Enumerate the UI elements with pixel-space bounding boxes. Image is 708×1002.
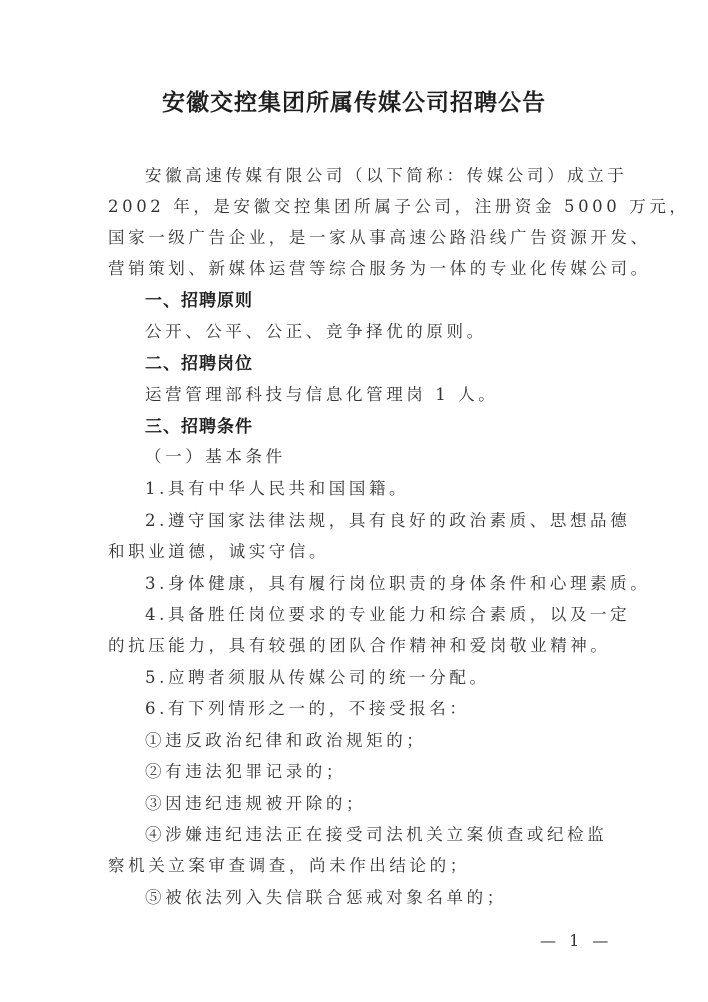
condition-item: 1.具有中华人民共和国国籍。 xyxy=(145,475,409,499)
intro-line: 国家一级广告企业，是一家从事高速公路沿线广告资源开发、 xyxy=(108,224,651,248)
exclusion-item: ①违反政治纪律和政治规矩的； xyxy=(145,727,426,751)
condition-item: 5.应聘者须服从传媒公司的统一分配。 xyxy=(145,664,490,688)
exclusion-item: ⑤被依法列入失信联合惩戒对象名单的； xyxy=(145,884,507,908)
section-body-principles: 公开、公平、公正、竞争择优的原则。 xyxy=(145,318,487,342)
condition-item: 和职业道德，诚实守信。 xyxy=(108,538,329,562)
exclusion-item: ②有违法犯罪记录的； xyxy=(145,758,346,782)
condition-item: 2.遵守国家法律法规，具有良好的政治素质、思想品德 xyxy=(145,507,630,531)
section-heading-principles: 一、招聘原则 xyxy=(145,286,253,311)
exclusion-item: 察机关立案审查调查，尚未作出结论的； xyxy=(108,852,470,876)
intro-line: 安徽高速传媒有限公司（以下简称：传媒公司）成立于 xyxy=(145,162,627,186)
intro-line: 2002 年，是安徽交控集团所属子公司，注册资金 5000 万元， xyxy=(108,193,690,217)
condition-item: 的抗压能力，具有较强的团队合作精神和爱岗敬业精神。 xyxy=(108,632,611,656)
intro-line: 营销策划、新媒体运营等综合服务为一体的专业化传媒公司。 xyxy=(108,255,651,279)
section-body-position: 运营管理部科技与信息化管理岗 1 人。 xyxy=(145,381,498,405)
document-page: 安徽交控集团所属传媒公司招聘公告 安徽高速传媒有限公司（以下简称：传媒公司）成立… xyxy=(0,0,708,1002)
condition-item: 6.有下列情形之一的，不接受报名： xyxy=(145,695,469,719)
page-number: — 1 — xyxy=(540,931,612,950)
condition-item: 3.身体健康，具有履行岗位职责的身体条件和心理素质。 xyxy=(145,570,650,594)
section-heading-conditions: 三、招聘条件 xyxy=(145,412,253,437)
exclusion-item: ③因违纪违规被开除的； xyxy=(145,790,366,814)
subsection-basic-conditions: （一）基本条件 xyxy=(145,443,286,467)
section-heading-position: 二、招聘岗位 xyxy=(145,349,253,374)
condition-item: 4.具备胜任岗位要求的专业能力和综合素质，以及一定 xyxy=(145,601,630,625)
document-title: 安徽交控集团所属传媒公司招聘公告 xyxy=(0,84,708,117)
exclusion-item: ④涉嫌违纪违法正在接受司法机关立案侦查或纪检监 xyxy=(145,821,607,845)
